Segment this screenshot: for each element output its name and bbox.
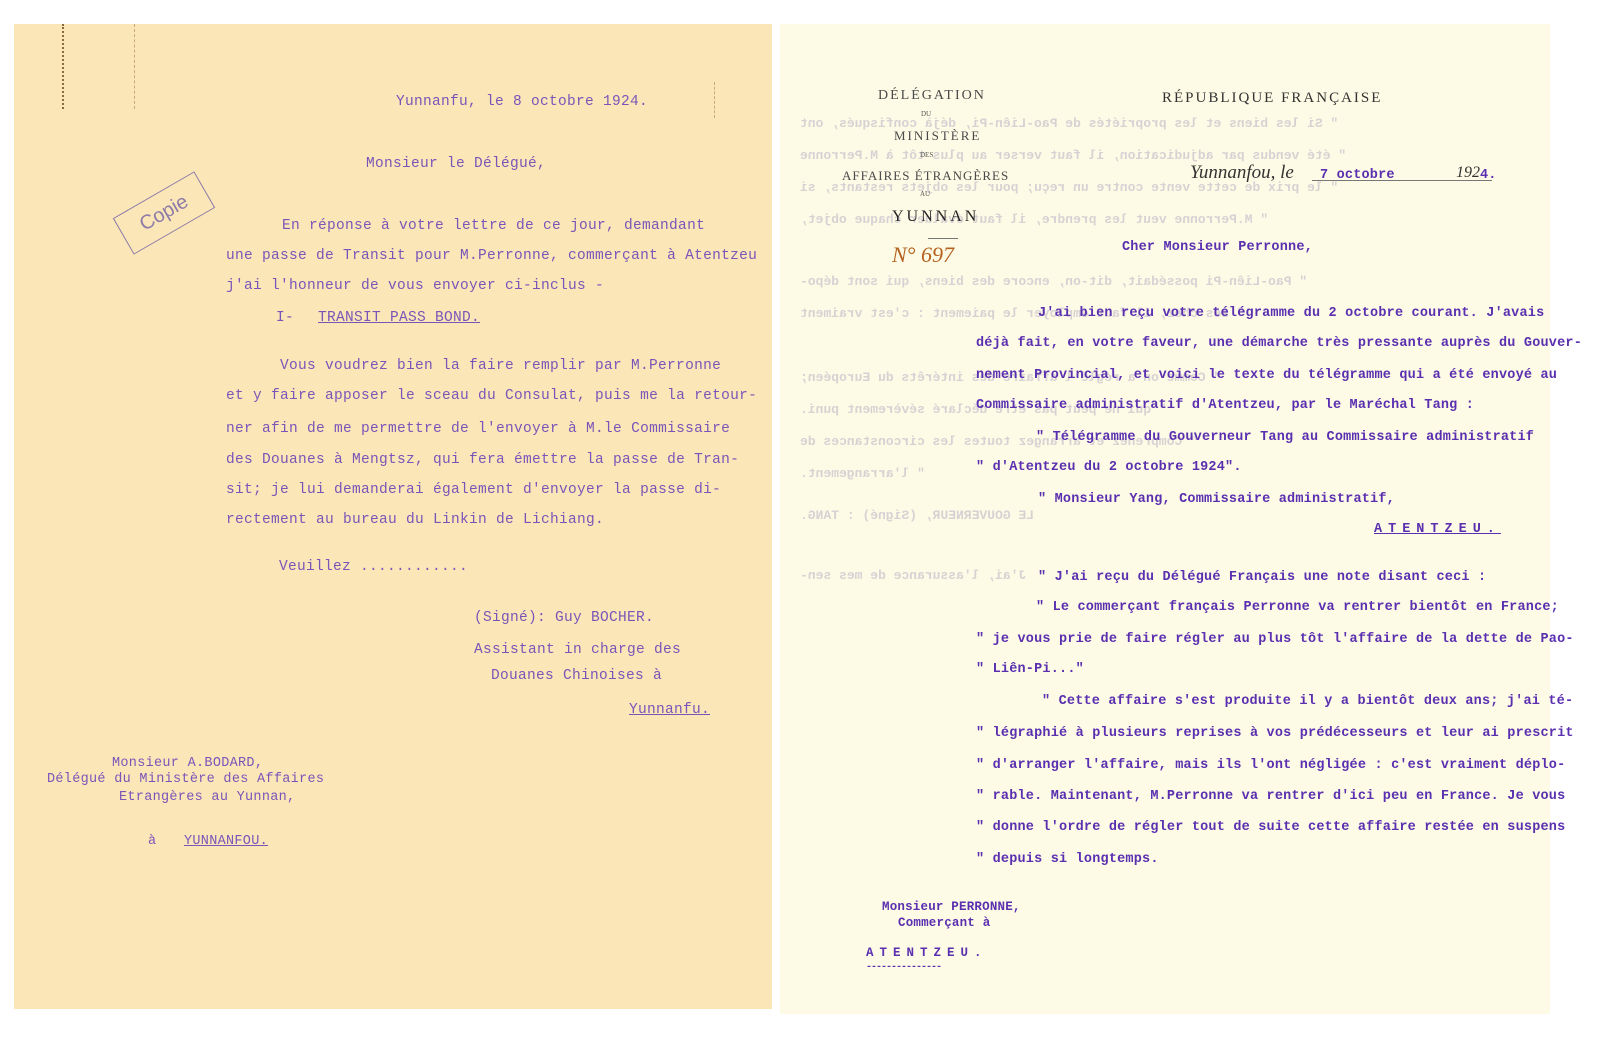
enclosure-prefix: I- (276, 310, 294, 326)
left-para2-line: sit; je lui demanderai également d'envoy… (226, 482, 721, 498)
fold-mark (714, 82, 715, 118)
left-closing: Veuillez ............ (279, 559, 468, 575)
telegram-body: " J'ai reçu du Délégué Français une note… (1038, 570, 1486, 585)
telegram-body: " légraphié à plusieurs reprises à vos p… (976, 726, 1574, 741)
punch-hole-marks (62, 24, 64, 109)
left-para1-line: j'ai l'honneur de vous envoyer ci-inclus… (226, 278, 604, 294)
left-signature-title: Douanes Chinoises à (491, 668, 662, 684)
dateline-year-suffix: 4. (1480, 168, 1497, 183)
left-para1-line: une passe de Transit pour M.Perronne, co… (226, 248, 757, 264)
dateline-day-month: 7 octobre (1320, 168, 1395, 183)
letterhead-des: DES (920, 151, 933, 159)
letterhead-au: AU (920, 190, 930, 198)
left-dateline: Yunnanfu, le 8 octobre 1924. (396, 94, 648, 110)
left-addressee: Délégué du Ministère des Affaires (47, 772, 324, 787)
telegram-body: " donne l'ordre de régler tout de suite … (976, 820, 1565, 835)
left-salutation: Monsieur le Délégué, (366, 156, 546, 172)
copie-stamp: Copie (113, 171, 215, 254)
right-salutation: Cher Monsieur Perronne, (1122, 240, 1313, 255)
left-addressee: Etrangères au Yunnan, (119, 790, 295, 805)
left-para2-line: rectement au bureau du Linkin de Lichian… (226, 512, 604, 528)
telegram-body: " rable. Maintenant, M.Perronne va rentr… (976, 789, 1565, 804)
letterhead-ministere: MINISTÈRE (894, 128, 981, 144)
left-para2-line: des Douanes à Mengtsz, qui fera émettre … (226, 452, 739, 468)
left-letter-page: Copie Yunnanfu, le 8 octobre 1924. Monsi… (14, 24, 772, 1009)
left-para2-line: et y faire apposer le sceau du Consulat,… (226, 388, 757, 404)
handwritten-number: N° 697 (892, 242, 954, 268)
letterhead-delegation: DÉLÉGATION (878, 88, 986, 104)
telegram-city: ATENTZEU. (1374, 522, 1501, 537)
left-signature-place: Yunnanfu. (629, 702, 710, 718)
left-signature: (Signé): Guy BOCHER. (474, 610, 654, 626)
letterhead-yunnan: YUNNAN (892, 208, 979, 226)
show-through-text: J'ai, l'assurance de mes sen- (800, 568, 1026, 583)
stamp-text: Copie (136, 190, 193, 236)
letterhead-du: DU (921, 110, 931, 118)
telegram-body: " Cette affaire s'est produite il y a bi… (1042, 694, 1573, 709)
fold-mark (134, 24, 135, 109)
right-letter-page: " Si les biens et les propriétés de Pao-… (780, 24, 1550, 1014)
telegram-body: " d'arranger l'affaire, mais ils l'ont n… (976, 758, 1565, 773)
quote-line: " Liên-Pi..." (976, 662, 1084, 677)
right-para1-line: déjà fait, en votre faveur, une démarche… (976, 336, 1582, 351)
letterhead-affaires: AFFAIRES ÉTRANGÈRES (842, 168, 1009, 184)
dateline-year-prefix: 192 (1456, 164, 1480, 182)
show-through-text: " Si les biens et les propriétés de Pao-… (800, 116, 1338, 131)
right-para1-line: J'ai bien reçu votre télégramme du 2 oct… (1038, 306, 1544, 321)
left-addressee: Monsieur A.BODARD, (112, 756, 263, 771)
enclosure-title: TRANSIT PASS BOND. (318, 310, 480, 326)
quote-line: " je vous prie de faire régler au plus t… (976, 632, 1574, 647)
right-addressee: Commerçant à (898, 916, 990, 930)
show-through-text: LE GOUVERNEUR, (Signé) : TANG. (800, 508, 1034, 523)
right-para1-line: Commissaire administratif d'Atentzeu, pa… (976, 398, 1474, 413)
show-through-text: " été vendus par adjudication, il faut v… (800, 148, 1346, 163)
quote-line: " Le commerçant français Perronne va ren… (1036, 600, 1559, 615)
letterhead-republique: RÉPUBLIQUE FRANÇAISE (1162, 90, 1382, 107)
left-para2-line: ner afin de me permettre de l'envoyer à … (226, 421, 730, 437)
left-para2-line: Vous voudrez bien la faire remplir par M… (280, 358, 721, 374)
left-addressee-city: YUNNANFOU. (184, 834, 268, 849)
right-para1-line: nement Provincial, et voici le texte du … (976, 368, 1557, 383)
show-through-text: " l'arrangement. (800, 466, 925, 481)
left-signature-title: Assistant in charge des (474, 642, 681, 658)
left-para1-line: En réponse à votre lettre de ce jour, de… (282, 218, 705, 234)
left-addressee-prefix: à (148, 834, 156, 849)
show-through-text: " M.Perronne veut les prendre, il faut é… (800, 212, 1268, 227)
telegram-body: " depuis si longtemps. (976, 852, 1159, 867)
telegram-address: " Monsieur Yang, Commissaire administrat… (1038, 492, 1395, 507)
show-through-text: " Pao-Liên-Pi possédait, dit-on, encore … (800, 274, 1307, 289)
dateline-place: Yunnanfou, le (1190, 162, 1294, 184)
letterhead-rule (928, 238, 958, 239)
telegram-header: " Télégramme du Gouverneur Tang au Commi… (1036, 430, 1534, 445)
right-addressee-underline: --------------- (866, 962, 941, 973)
telegram-header: " d'Atentzeu du 2 octobre 1924". (976, 460, 1242, 475)
right-addressee: Monsieur PERRONNE, (882, 900, 1021, 914)
right-addressee-city: ATENTZEU. (866, 946, 988, 960)
